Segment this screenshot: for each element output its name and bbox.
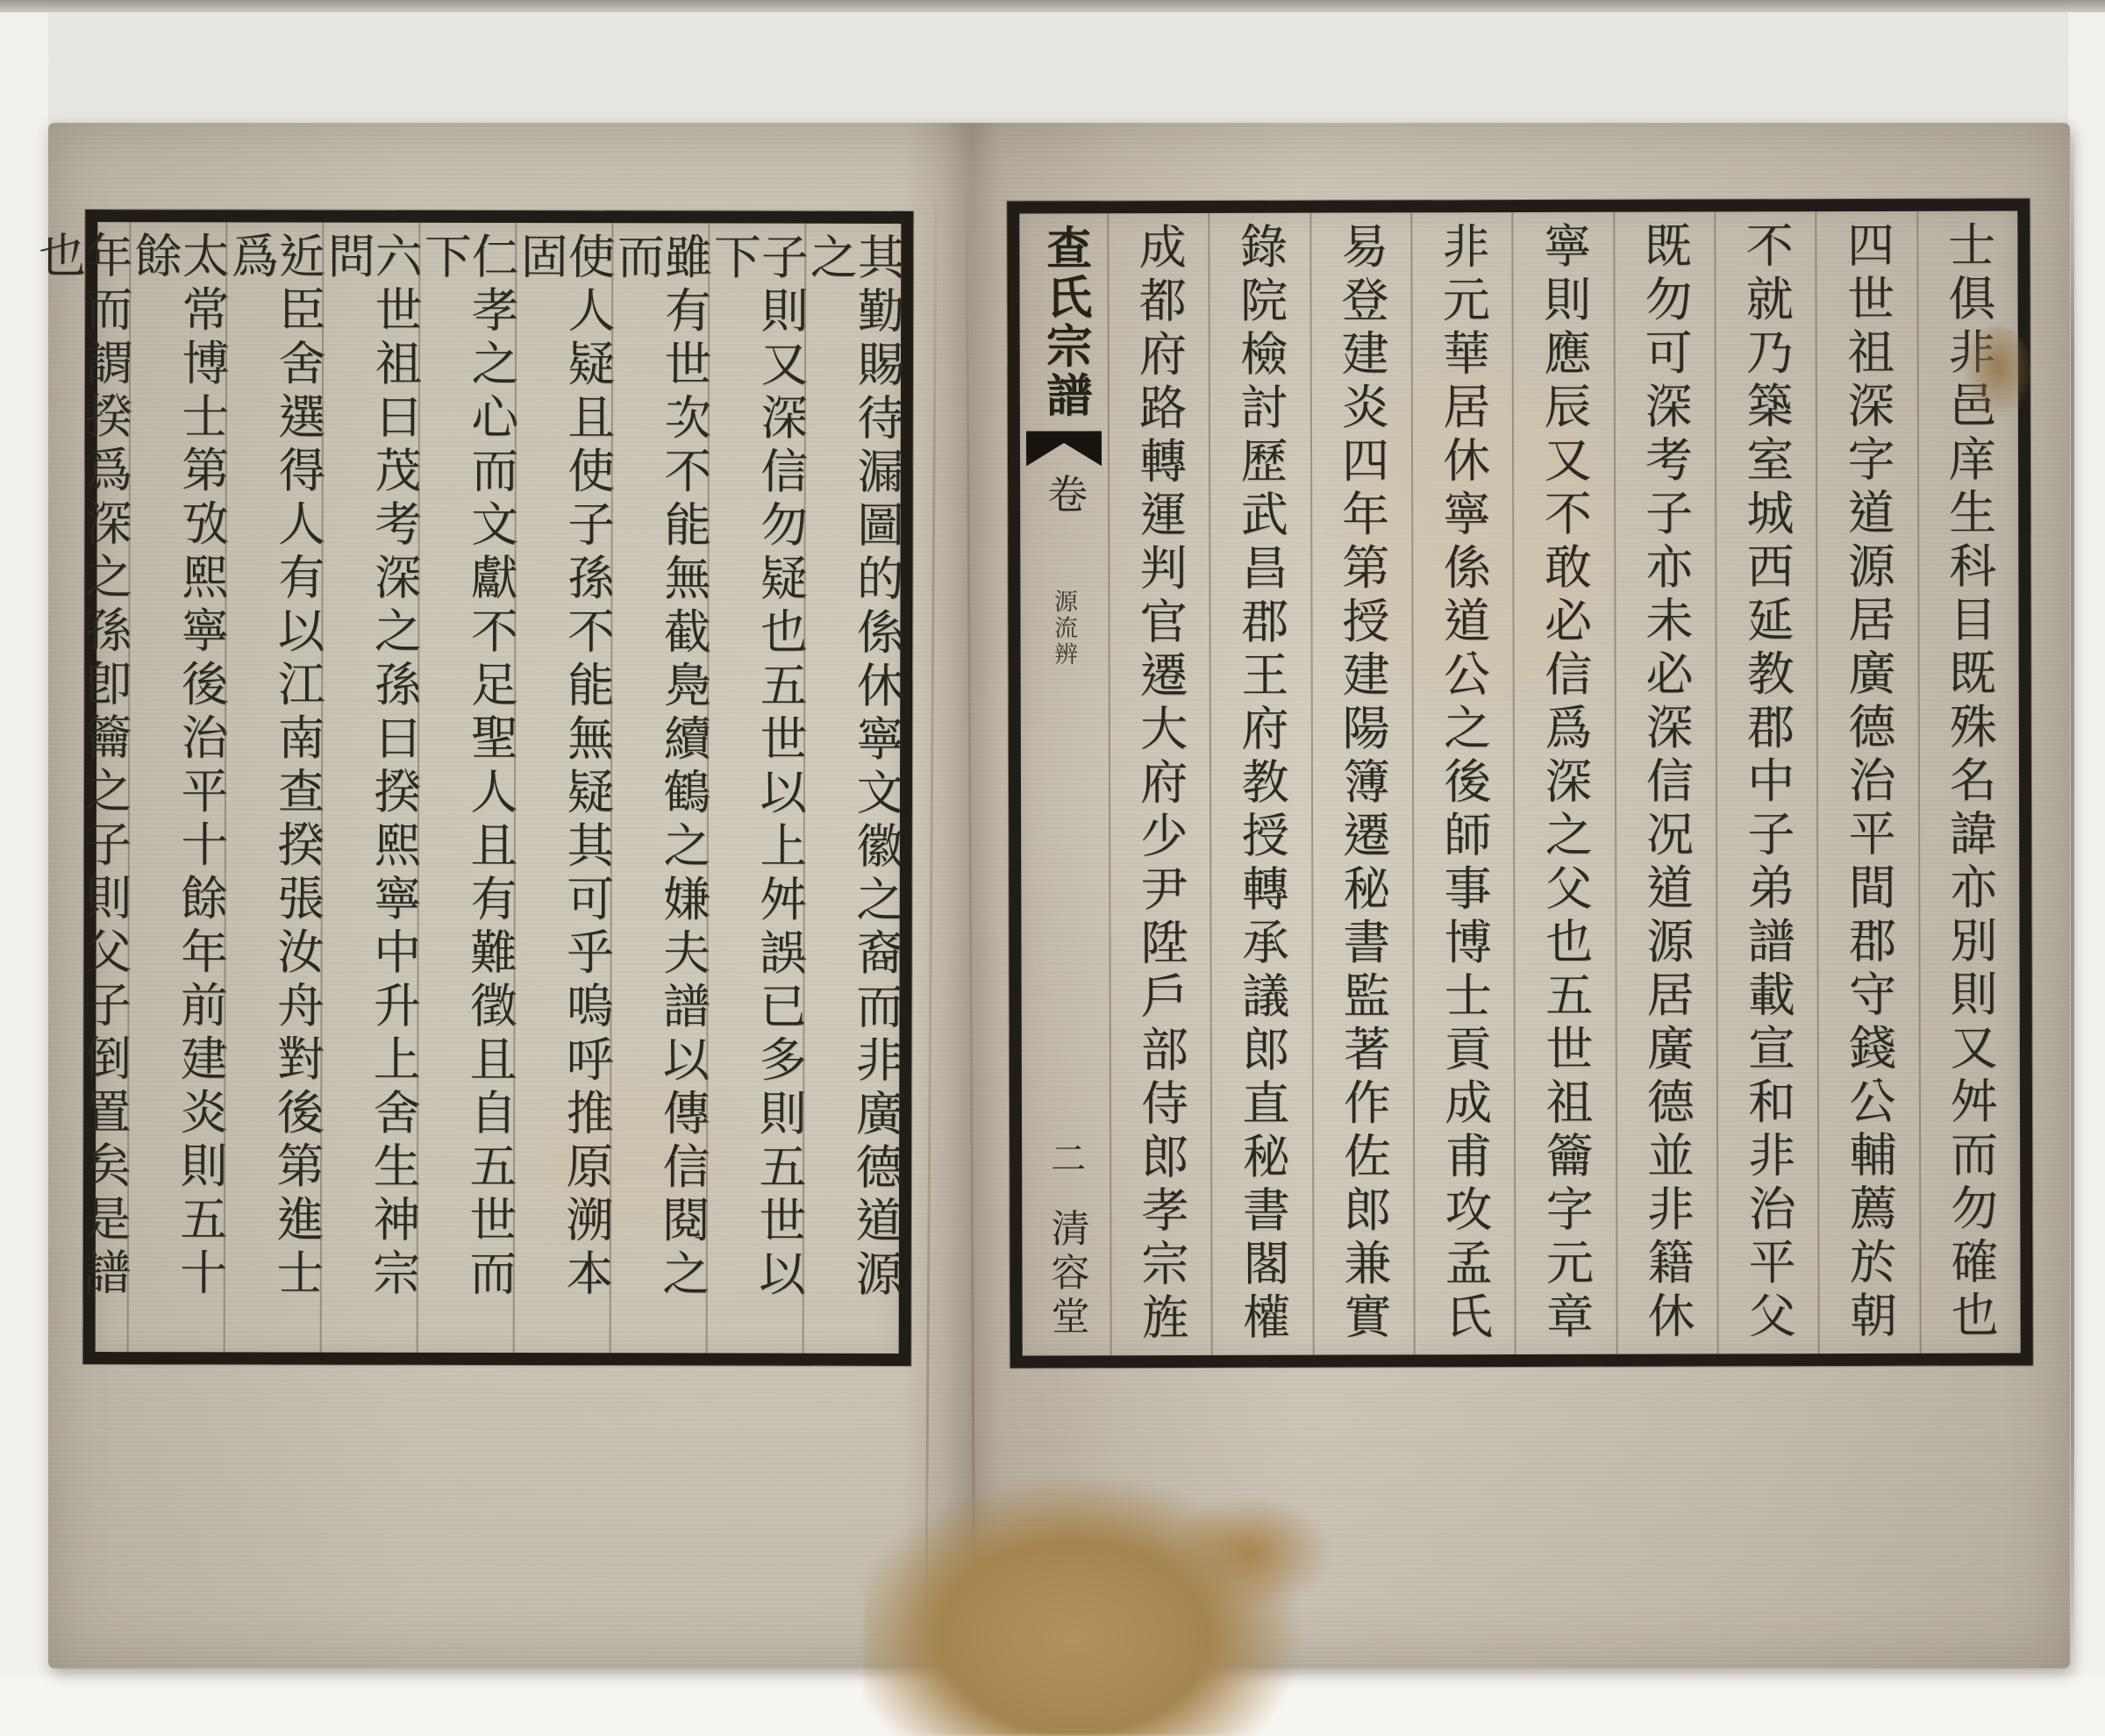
left-page-columns: 其勤賜待漏圖的係休寧文徽之裔而非廣德道源之 子則又深信勿疑也五世以上舛誤已多則五… [96, 222, 902, 1354]
column-text: 寧則應辰又不敢必信爲深之父也五世祖籥字元章 [1539, 212, 1589, 1345]
text-column: 士俱非邑庠生科目既殊名諱亦別則又舛而勿確也 [1916, 211, 2021, 1354]
text-column: 仁孝之心而文獻不足聖人且有難徵且自五世而下 [417, 223, 516, 1353]
text-column: 非元華居休寧係道公之後師事博士貢成甫攻孟氏 [1410, 212, 1515, 1354]
column-text: 仁孝之心而文獻不足聖人且有難徵且自五世而下 [418, 223, 516, 1353]
text-column: 太常博士第攷熙寧後治平十餘年前建炎則五十餘 [127, 222, 226, 1352]
text-column: 成都府路轉運判官遷大府少尹陞戶部侍郎孝宗旌 [1107, 213, 1211, 1355]
column-text: 使人疑且使子孫不能無疑其可乎嗚呼推原溯本固 [515, 223, 612, 1353]
text-column: 錄院檢討歷武昌郡王府教授轉承議郎直秘書閣權 [1209, 213, 1313, 1355]
column-text: 其勤賜待漏圖的係休寧文徽之裔而非廣德道源之 [804, 224, 902, 1354]
right-page-columns: 士俱非邑庠生科目既殊名諱亦別則又舛而勿確也 四世祖深字道源居廣德治平間郡守錢公輔… [1019, 211, 2020, 1356]
text-column: 使人疑且使子孫不能無疑其可乎嗚呼推原溯本固 [513, 223, 612, 1353]
text-column: 年而謂揆爲深之孫卽籥之子則父子倒置矣是譜也 [32, 222, 130, 1352]
column-text: 士俱非邑庠生科目既殊名諱亦別則又舛而勿確也 [1944, 211, 1994, 1344]
section-title: 源流辨 [1047, 589, 1081, 668]
text-column: 四世祖深字道源居廣德治平間郡守錢公輔薦於朝 [1816, 211, 1920, 1354]
text-column: 不就乃築室城西延教郡中子弟譜載宣和非治平父 [1714, 211, 1818, 1354]
scanned-genealogy-spread: 其勤賜待漏圖的係休寧文徽之裔而非廣德道源之 子則又深信勿疑也五世以上舛誤已多則五… [0, 0, 2105, 1736]
page-edge [2071, 132, 2074, 1658]
fishtail-icon [1026, 431, 1102, 466]
column-text: 非元華居休寧係道公之後師事博士貢成甫攻孟氏 [1438, 212, 1488, 1345]
column-text: 雖有世次不能無截鳧續鶴之嫌夫譜以傳信閱之而 [611, 223, 709, 1353]
scan-edge-top [0, 0, 2105, 12]
column-text: 錄院檢討歷武昌郡王府教授轉承議郎直秘書閣權 [1236, 213, 1286, 1346]
column-text: 六世祖曰茂考深之孫曰揆熙寧中升上舍生神宗問 [322, 223, 419, 1353]
center-fold-column: 查氏宗譜 卷 源流辨 二 清容堂 [1019, 213, 1110, 1355]
text-column: 六世祖曰茂考深之孫曰揆熙寧中升上舍生神宗問 [320, 223, 419, 1353]
column-text: 成都府路轉運判官遷大府少尹陞戶部侍郎孝宗旌 [1135, 213, 1185, 1346]
text-column: 寧則應辰又不敢必信爲深之父也五世祖籥字元章 [1512, 212, 1616, 1354]
column-text: 太常博士第攷熙寧後治平十餘年前建炎則五十餘 [129, 222, 226, 1352]
book-title: 查氏宗譜 [1040, 224, 1087, 420]
text-column: 易登建炎四年第授建陽簿遷秘書監著作佐郎兼實 [1309, 212, 1414, 1354]
column-text: 年而謂揆爲深之孫卽籥之子則父子倒置矣是譜也 [32, 222, 130, 1352]
column-text: 四世祖深字道源居廣德治平間郡守錢公輔薦於朝 [1843, 211, 1893, 1344]
scan-margin-bottom [0, 1676, 2105, 1736]
text-column: 近臣舍選得人有以江南查揆張汝舟對後第進士爲 [224, 222, 323, 1352]
text-column: 子則又深信勿疑也五世以上舛誤已多則五世以下 [706, 223, 805, 1353]
text-column: 既勿可深考子亦未必深信况道源居廣德並非籍休 [1613, 211, 1717, 1354]
column-text: 子則又深信勿疑也五世以上舛誤已多則五世以下 [708, 224, 805, 1354]
publisher-hall-name: 清容堂 [1038, 1208, 1094, 1340]
column-text: 易登建炎四年第授建陽簿遷秘書監著作佐郎兼實 [1338, 212, 1388, 1345]
volume-label: 卷 [1035, 473, 1093, 513]
left-page-text-block: 其勤賜待漏圖的係休寧文徽之裔而非廣德道源之 子則又深信勿疑也五世以上舛誤已多則五… [83, 210, 914, 1366]
right-page-text-block: 士俱非邑庠生科目既殊名諱亦別則又舛而勿確也 四世祖深字道源居廣德治平間郡守錢公輔… [1007, 198, 2032, 1368]
book-paper: 其勤賜待漏圖的係休寧文徽之裔而非廣德道源之 子則又深信勿疑也五世以上舛誤已多則五… [48, 123, 2070, 1668]
text-column: 其勤賜待漏圖的係休寧文徽之裔而非廣德道源之 [803, 224, 902, 1354]
text-column: 雖有世次不能無截鳧續鶴之嫌夫譜以傳信閱之而 [610, 223, 709, 1353]
column-text: 近臣舍選得人有以江南查揆張汝舟對後第進士爲 [225, 222, 323, 1352]
column-text: 不就乃築室城西延教郡中子弟譜載宣和非治平父 [1742, 211, 1792, 1344]
page-number: 二 [1041, 1139, 1091, 1175]
column-text: 既勿可深考子亦未必深信况道源居廣德並非籍休 [1641, 211, 1691, 1344]
